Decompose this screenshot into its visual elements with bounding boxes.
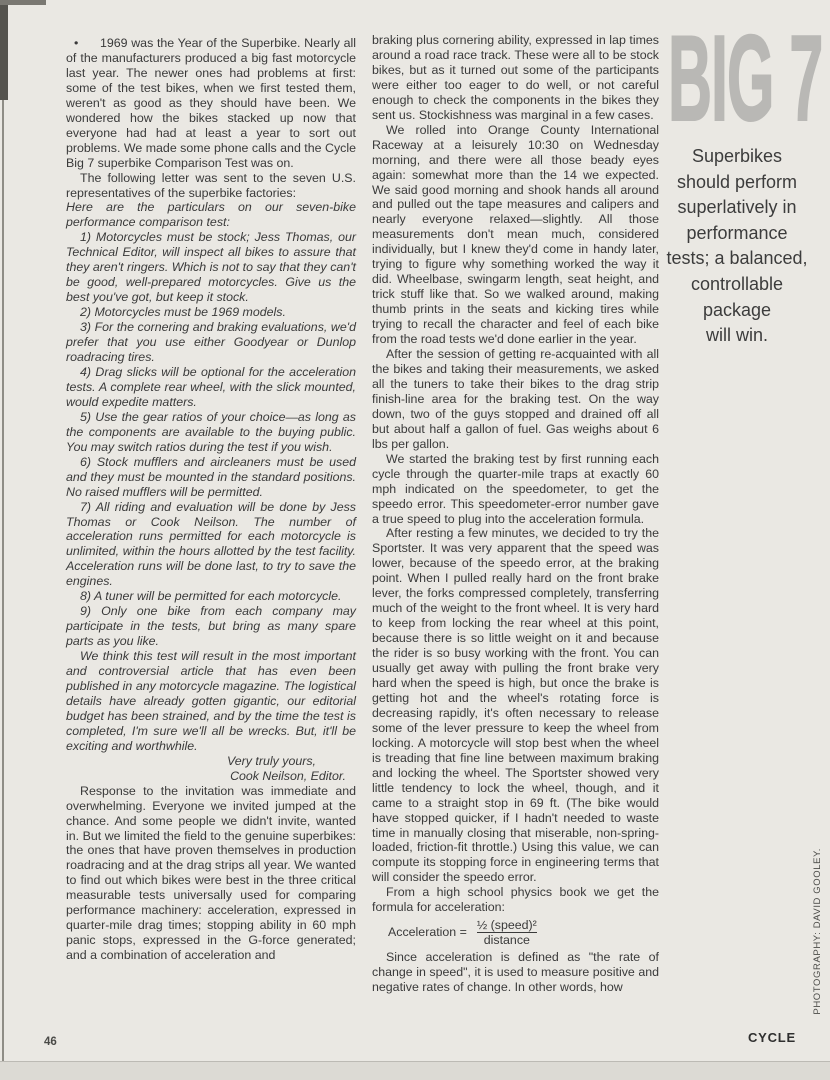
- intro-paragraph: •1969 was the Year of the Superbike. Nea…: [66, 36, 356, 171]
- center-column: braking plus cornering ability, expresse…: [372, 33, 659, 995]
- photo-credit: PHOTOGRAPHY: DAVID GOOLEY.: [812, 848, 823, 1015]
- scan-corner-artifact: [0, 0, 8, 100]
- body-paragraph: Response to the invitation was immediate…: [66, 784, 356, 963]
- signature-line-2: Cook Neilson, Editor.: [66, 769, 356, 784]
- acceleration-formula: Acceleration = ½ (speed)² distance: [388, 918, 659, 947]
- pull-quote: Superbikes should perform superlatively …: [645, 144, 829, 349]
- body-paragraph: We started the braking test by first run…: [372, 452, 659, 527]
- signature-line-1: Very truly yours,: [66, 754, 356, 769]
- formula-lhs: Acceleration =: [388, 925, 467, 940]
- magazine-page: •1969 was the Year of the Superbike. Nea…: [0, 0, 830, 1080]
- intro-text: 1969 was the Year of the Superbike. Near…: [66, 36, 356, 170]
- letter-item-6: 6) Stock mufflers and aircleaners must b…: [66, 455, 356, 500]
- body-paragraph: braking plus cornering ability, expresse…: [372, 33, 659, 123]
- bullet-marker: •: [66, 36, 100, 51]
- formula-numerator: ½ (speed)²: [477, 918, 537, 932]
- body-paragraph: After resting a few minutes, we decided …: [372, 526, 659, 885]
- page-number: 46: [44, 1036, 57, 1048]
- body-paragraph: After the session of getting re-acquaint…: [372, 347, 659, 452]
- letter-item-1: 1) Motorcycles must be stock; Jess Thoma…: [66, 230, 356, 305]
- letter-item-3: 3) For the cornering and braking evaluat…: [66, 320, 356, 365]
- left-column: •1969 was the Year of the Superbike. Nea…: [66, 36, 356, 963]
- letter-closing: We think this test will result in the mo…: [66, 649, 356, 754]
- letter-item-9: 9) Only one bike from each company may p…: [66, 604, 356, 649]
- formula-denominator: distance: [477, 932, 537, 947]
- body-paragraph: Since acceleration is defined as "the ra…: [372, 950, 659, 995]
- headline-big7: BIG 7: [668, 28, 749, 128]
- scan-top-artifact: [0, 0, 46, 5]
- letter-item-8: 8) A tuner will be permitted for each mo…: [66, 589, 356, 604]
- magazine-title: CYCLE: [748, 1030, 796, 1045]
- letter-item-5: 5) Use the gear ratios of your choice—as…: [66, 410, 356, 455]
- letter-item-7: 7) All riding and evaluation will be don…: [66, 500, 356, 590]
- letter-item-2: 2) Motorcycles must be 1969 models.: [66, 305, 356, 320]
- right-sidebar: BIG 7 Superbikes should perform superlat…: [645, 28, 829, 349]
- body-paragraph: From a high school physics book we get t…: [372, 885, 659, 915]
- letter-intro: Here are the particulars on our seven-bi…: [66, 200, 356, 230]
- scan-edge-artifact: [2, 0, 4, 1080]
- formula-fraction: ½ (speed)² distance: [477, 918, 537, 947]
- scan-bottom-edge: [0, 1061, 830, 1080]
- body-paragraph: The following letter was sent to the sev…: [66, 171, 356, 201]
- letter-item-4: 4) Drag slicks will be optional for the …: [66, 365, 356, 410]
- body-paragraph: We rolled into Orange County Internation…: [372, 123, 659, 347]
